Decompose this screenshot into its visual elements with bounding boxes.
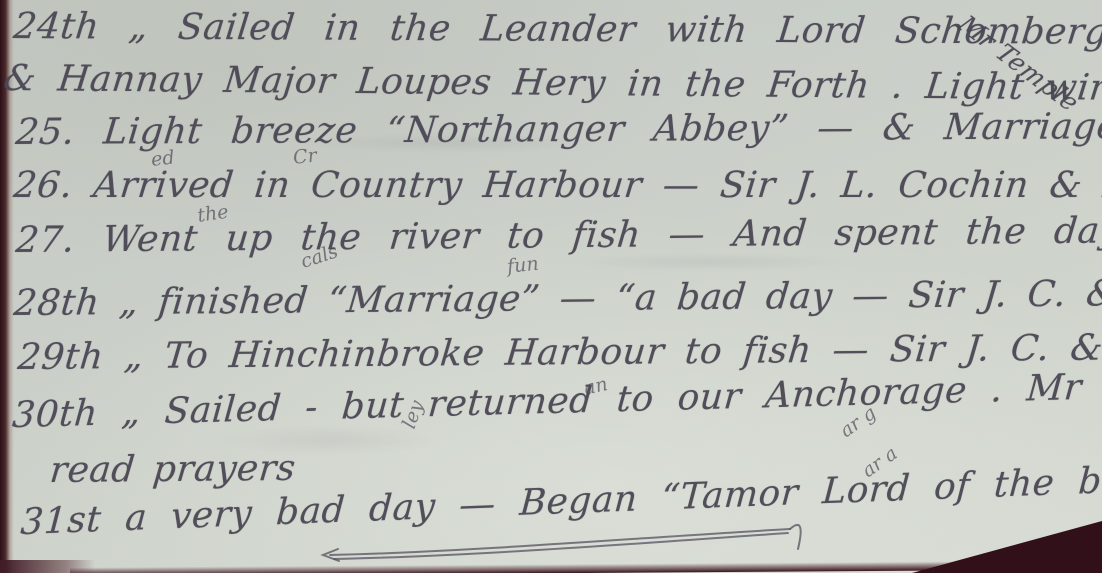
insertion-mark: ed [150, 147, 176, 171]
insertion-mark: Cr [292, 145, 318, 169]
diary-line-24th-continued: & Hannay Major Loupes Hery in the Forth … [1, 58, 1102, 110]
page-corner-dark [912, 521, 1102, 573]
diary-line-28th: 28th „ finished “Marriage” — “a bad day … [12, 271, 1102, 324]
insertion-mark: fun [506, 253, 540, 278]
diary-line-27th: 27. Went up the river to fish — And spen… [14, 210, 1102, 261]
page-corner-dark [0, 560, 95, 573]
diary-line-read-prayers: read prayers [48, 448, 297, 491]
insertion-mark: the [196, 201, 230, 227]
diary-line-26th: 26. Arrived in Country Harbour — Sir J. … [12, 165, 1102, 206]
diary-line-25th: 25. Light breeze “Northanger Abbey” — & … [14, 106, 1102, 153]
diary-line-24th: 24th „ Sailed in the Leander with Lord S… [11, 6, 1102, 53]
manuscript-page: 24th „ Sailed in the Leander with Lord S… [0, 0, 1102, 573]
